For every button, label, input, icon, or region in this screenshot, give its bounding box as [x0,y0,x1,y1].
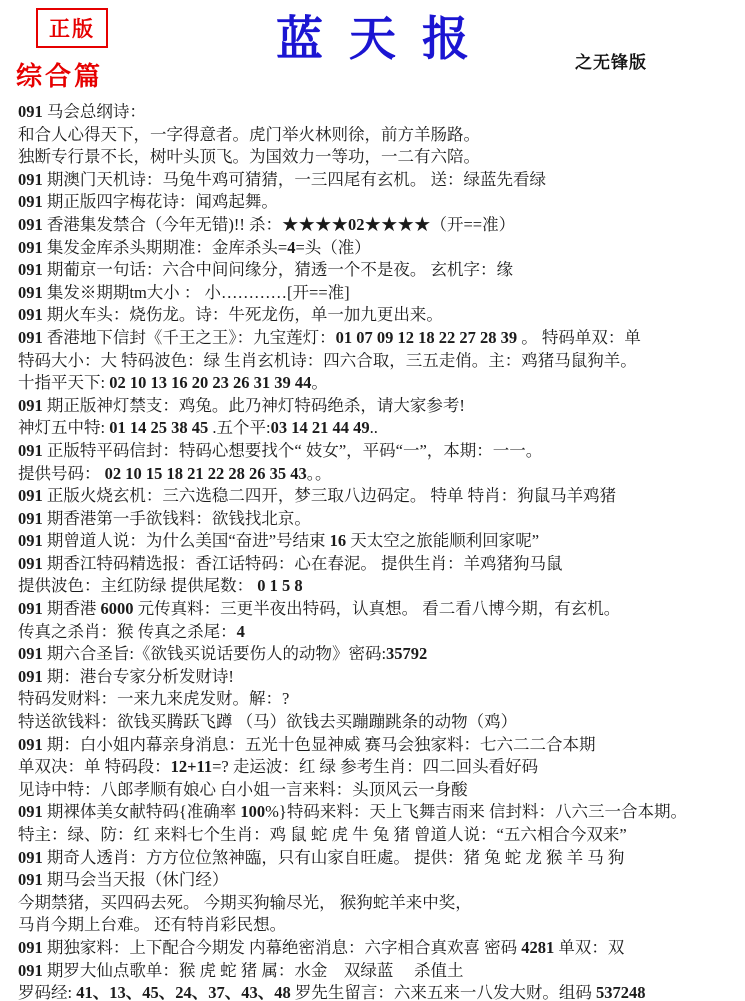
text-line: 091 马会总纲诗： [18,101,739,124]
text-line: 091 期香港第一手欲钱料：欲钱找北京。 [18,508,739,531]
text-line: 091 期罗大仙点歌单：猴 虎 蛇 猪 属：水金 双绿蓝 杀值土 [18,960,739,983]
text-line: 单双决：单 特码段：12+11=? 走运波：红 绿 参考生肖：四二回头看好码 [18,756,739,779]
text-line: 091 正版火烧玄机：三六选稳二四开，梦三取八边码定。 特单 特肖：狗鼠马羊鸡猪 [18,485,739,508]
text-line: 091 期：港台专家分析发财诗! [18,666,739,689]
text-line: 十指平天下: 02 10 13 16 20 23 26 31 39 44。 [18,372,739,395]
text-line: 091 集发金库杀头期期准：金库杀头=4=头（准） [18,237,739,260]
text-line: 091 期奇人透肖：方方位位煞神臨，只有山家自旺處。 提供：猪 兔 蛇 龙 猴 … [18,847,739,870]
text-line: 见诗中特：八郎孝顺有娘心 白小姐一言来料：头顶风云一身酸 [18,779,739,802]
content-lines: 091 马会总纲诗：和合人心得天下，一字得意者。虎门举火林则徐，前方羊肠路。独断… [18,101,739,1001]
text-line: 091 期：白小姐内幕亲身消息：五光十色显神威 赛马会独家料：七六二二合本期 [18,734,739,757]
text-line: 091 集发※期期tm大小 ： 小…………[开==准] [18,282,739,305]
text-line: 091 期澳门天机诗：马兔牛鸡可猜猜，一三四尾有玄机。 送：绿蓝先看绿 [18,169,739,192]
text-line: 神灯五中特: 01 14 25 38 45 .五个平:03 14 21 44 4… [18,417,739,440]
text-line: 特码大小：大 特码波色：绿 生肖玄机诗：四六合取，三五走俏。主：鸡猪马鼠狗羊。 [18,350,739,373]
text-line: 091 期曾道人说：为什么美国“奋进”号结束 16 天太空之旅能顺利回家呢” [18,530,739,553]
text-line: 提供号码： 02 10 15 18 21 22 28 26 35 43。。 [18,463,739,486]
text-line: 马肖今期上台难。 还有特肖彩民想。 [18,914,739,937]
text-line: 特码发财料：一来九来虎发财。解：? [18,688,739,711]
text-line: 今期禁猪，买四码去死。 今期买狗输尽光， 猴狗蛇羊来中奖， [18,892,739,915]
text-line: 091 期葡京一句话：六合中间问缘分，猜透一个不是夜。 玄机字：缘 [18,259,739,282]
text-line: 特主：绿、防：红 来料七个生肖：鸡 鼠 蛇 虎 牛 兔 猪 曾道人说：“五六相合… [18,824,739,847]
text-line: 091 期香港 6000 元传真料：三更半夜出特码，认真想。 看二看八博今期，有… [18,598,739,621]
text-line: 091 期火车头：烧伤龙。诗：牛死龙伤，单一加九更出来。 [18,304,739,327]
text-line: 091 期裸体美女献特码{准确率 100%}特码来料：天上飞舞吉雨来 信封料：八… [18,801,739,824]
edition-label: 之无锋版 [575,48,647,73]
text-line: 091 香港地下信封《千王之王》：九宝莲灯：01 07 09 12 18 22 … [18,327,739,350]
text-line: 特送欲钱料：欲钱买腾跃飞蹲 （马）欲钱去买蹦蹦跳条的动物（鸡） [18,711,739,734]
text-line: 091 期正版神灯禁支：鸡兔。此乃神灯特码绝杀，请大家参考! [18,395,739,418]
text-line: 091 期马会当天报（休门经） [18,869,739,892]
text-line: 091 期香江特码精选报：香江话特码：心在春泥。 提供生肖：羊鸡猪狗马鼠 [18,553,739,576]
newspaper-page: 正版 蓝天报 之无锋版 综合篇 091 马会总纲诗：和合人心得天下，一字得意者。… [0,0,745,1001]
text-line: 罗码经: 41、13、45、24、37、43、48 罗先生留言：六来五来一八发大… [18,982,739,1001]
text-line: 独断专行景不长，树叶头顶飞。为国效力一等功，一二有六陪。 [18,146,739,169]
text-line: 提供波色：主红防绿 提供尾数： 0 1 5 8 [18,575,739,598]
text-line: 091 香港集发禁合（今年无错)!! 杀：★★★★02★★★★（开==准） [18,214,739,237]
text-line: 091 期六合圣旨:《欲钱买说话要伤人的动物》密码:35792 [18,643,739,666]
text-line: 传真之杀肖：猴 传真之杀尾：4 [18,621,739,644]
text-line: 091 期独家料：上下配合今期发 内幕绝密消息：六字相合真欢喜 密码 4281 … [18,937,739,960]
text-line: 091 正版特平码信封：特码心想要找个“ 妓女”，平码“一”，本期：一一。 [18,440,739,463]
text-line: 091 期正版四字梅花诗：闻鸡起舞。 [18,191,739,214]
text-line: 和合人心得天下，一字得意者。虎门举火林则徐，前方羊肠路。 [18,124,739,147]
section-title: 综合篇 [16,56,103,93]
